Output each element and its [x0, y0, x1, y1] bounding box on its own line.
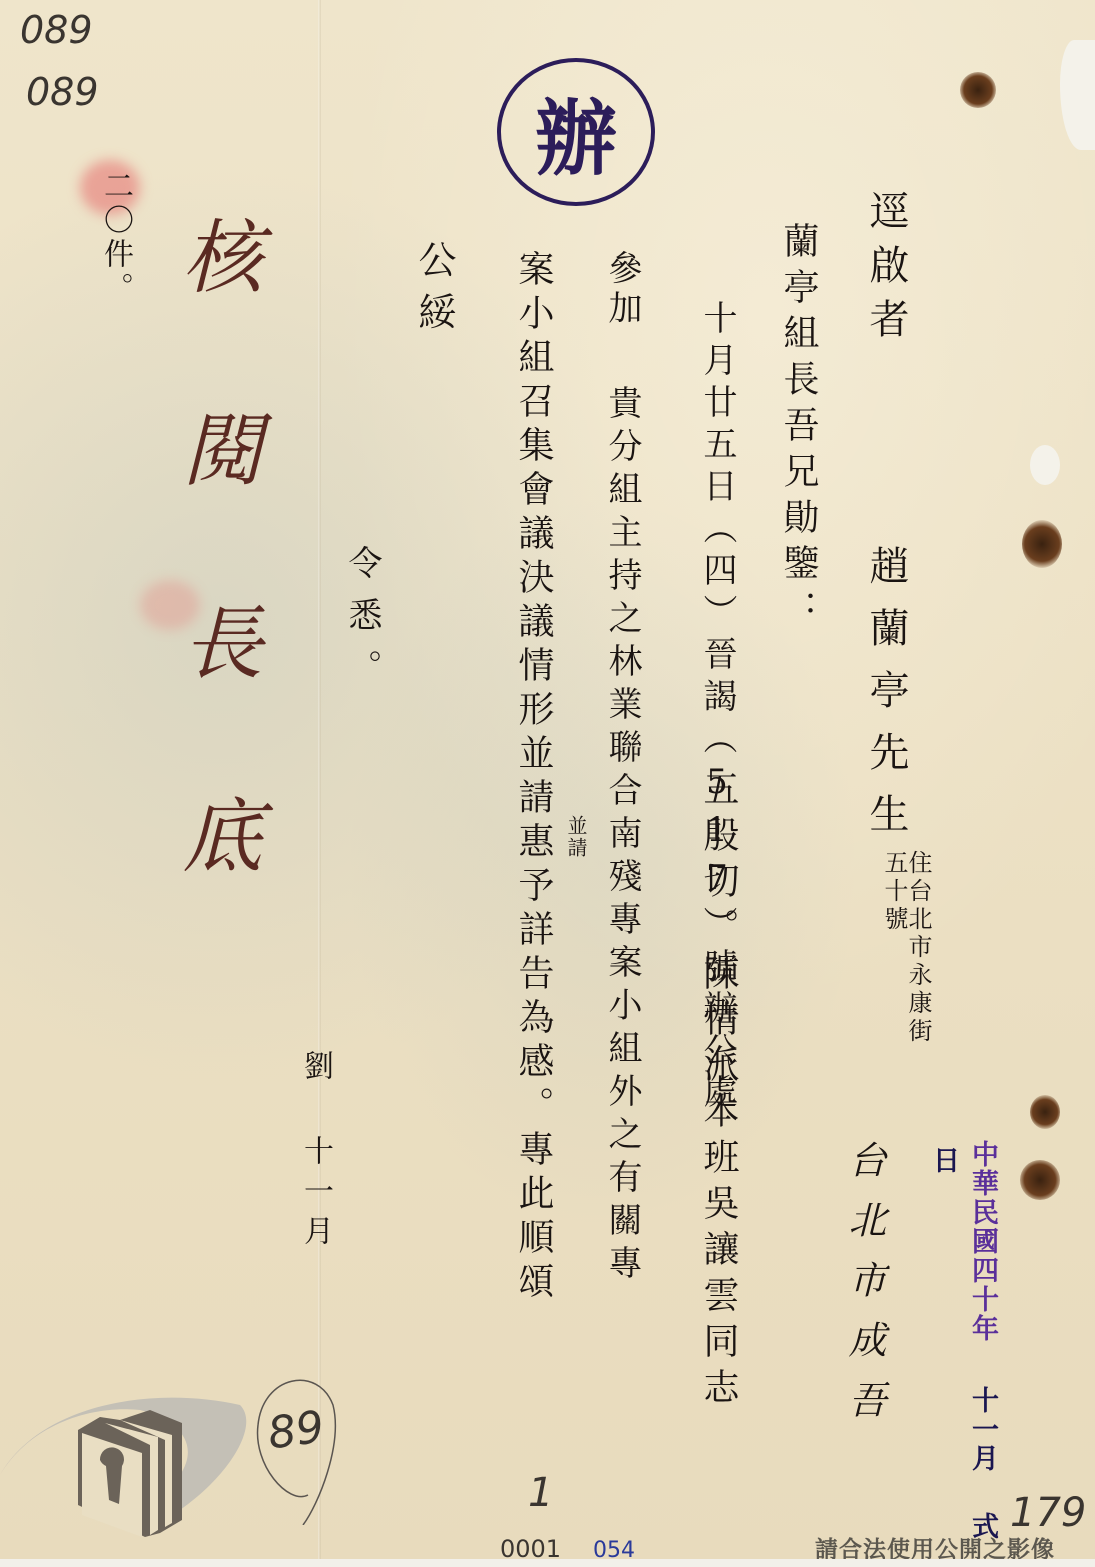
- punch-hole-4: [1020, 1160, 1060, 1200]
- closing-column: 公綏: [415, 240, 453, 344]
- ban-processing-stamp: 辦: [497, 58, 655, 206]
- circled-number-text: 89: [265, 1401, 328, 1459]
- punch-hole-3: [1030, 1095, 1060, 1129]
- scan-edge: [0, 1559, 1095, 1567]
- addressee-address-note: 住台北市永康街五十號: [870, 850, 930, 1050]
- folio-number: 179: [1010, 1490, 1086, 1536]
- date-stamp-month: 十一月: [967, 1386, 998, 1473]
- sender-signature: 台北市成吾: [845, 1140, 883, 1440]
- punch-hole-1: [960, 72, 996, 108]
- archive-book-keyhole-logo: [0, 1365, 250, 1545]
- date-stamp: 中華民國四十年 十一月 式 日: [924, 1140, 1002, 1567]
- addressee-name-column: 趙蘭亭先生: [866, 545, 906, 855]
- body-column-participate: 參加: [605, 250, 639, 330]
- greeting-column: 蘭亭組長吾兄勛鑒：: [780, 222, 816, 636]
- date-stamp-era: 中華民國四十年: [967, 1140, 998, 1343]
- clerk-signoff-column: 劉 十一月: [300, 1050, 330, 1255]
- stamp-char: 辦: [535, 74, 617, 191]
- salutation-column: 逕啟者: [866, 190, 906, 352]
- inserted-note: 並請: [566, 815, 586, 859]
- margin-annotation: 二〇件。: [100, 170, 130, 306]
- paper-tear-2: [1030, 445, 1060, 485]
- body-column-request: 案小組召集會議決議情形並請惠予詳告為感。專此順頌: [515, 250, 551, 1306]
- body-column-subgroup: 貴分組主持之林業聯合南殘專案小組外之有關專: [605, 385, 639, 1288]
- body-column-date-cont: 五殷切。陳情派本班吳讓雲同志: [700, 770, 736, 1414]
- archive-number-top-1: 089: [20, 8, 93, 52]
- paper-fold-line: [318, 0, 321, 1567]
- paper-tear-1: [1060, 40, 1095, 150]
- punch-hole-2: [1022, 520, 1062, 568]
- archive-number-top-2: 089: [26, 70, 99, 114]
- approver-signature: 核 閱 長 底: [175, 215, 255, 884]
- date-stamp-day-unit: 日: [928, 1146, 959, 1175]
- page-number-mark: 1: [528, 1470, 553, 1516]
- reply-note-column: 令悉。: [345, 545, 379, 701]
